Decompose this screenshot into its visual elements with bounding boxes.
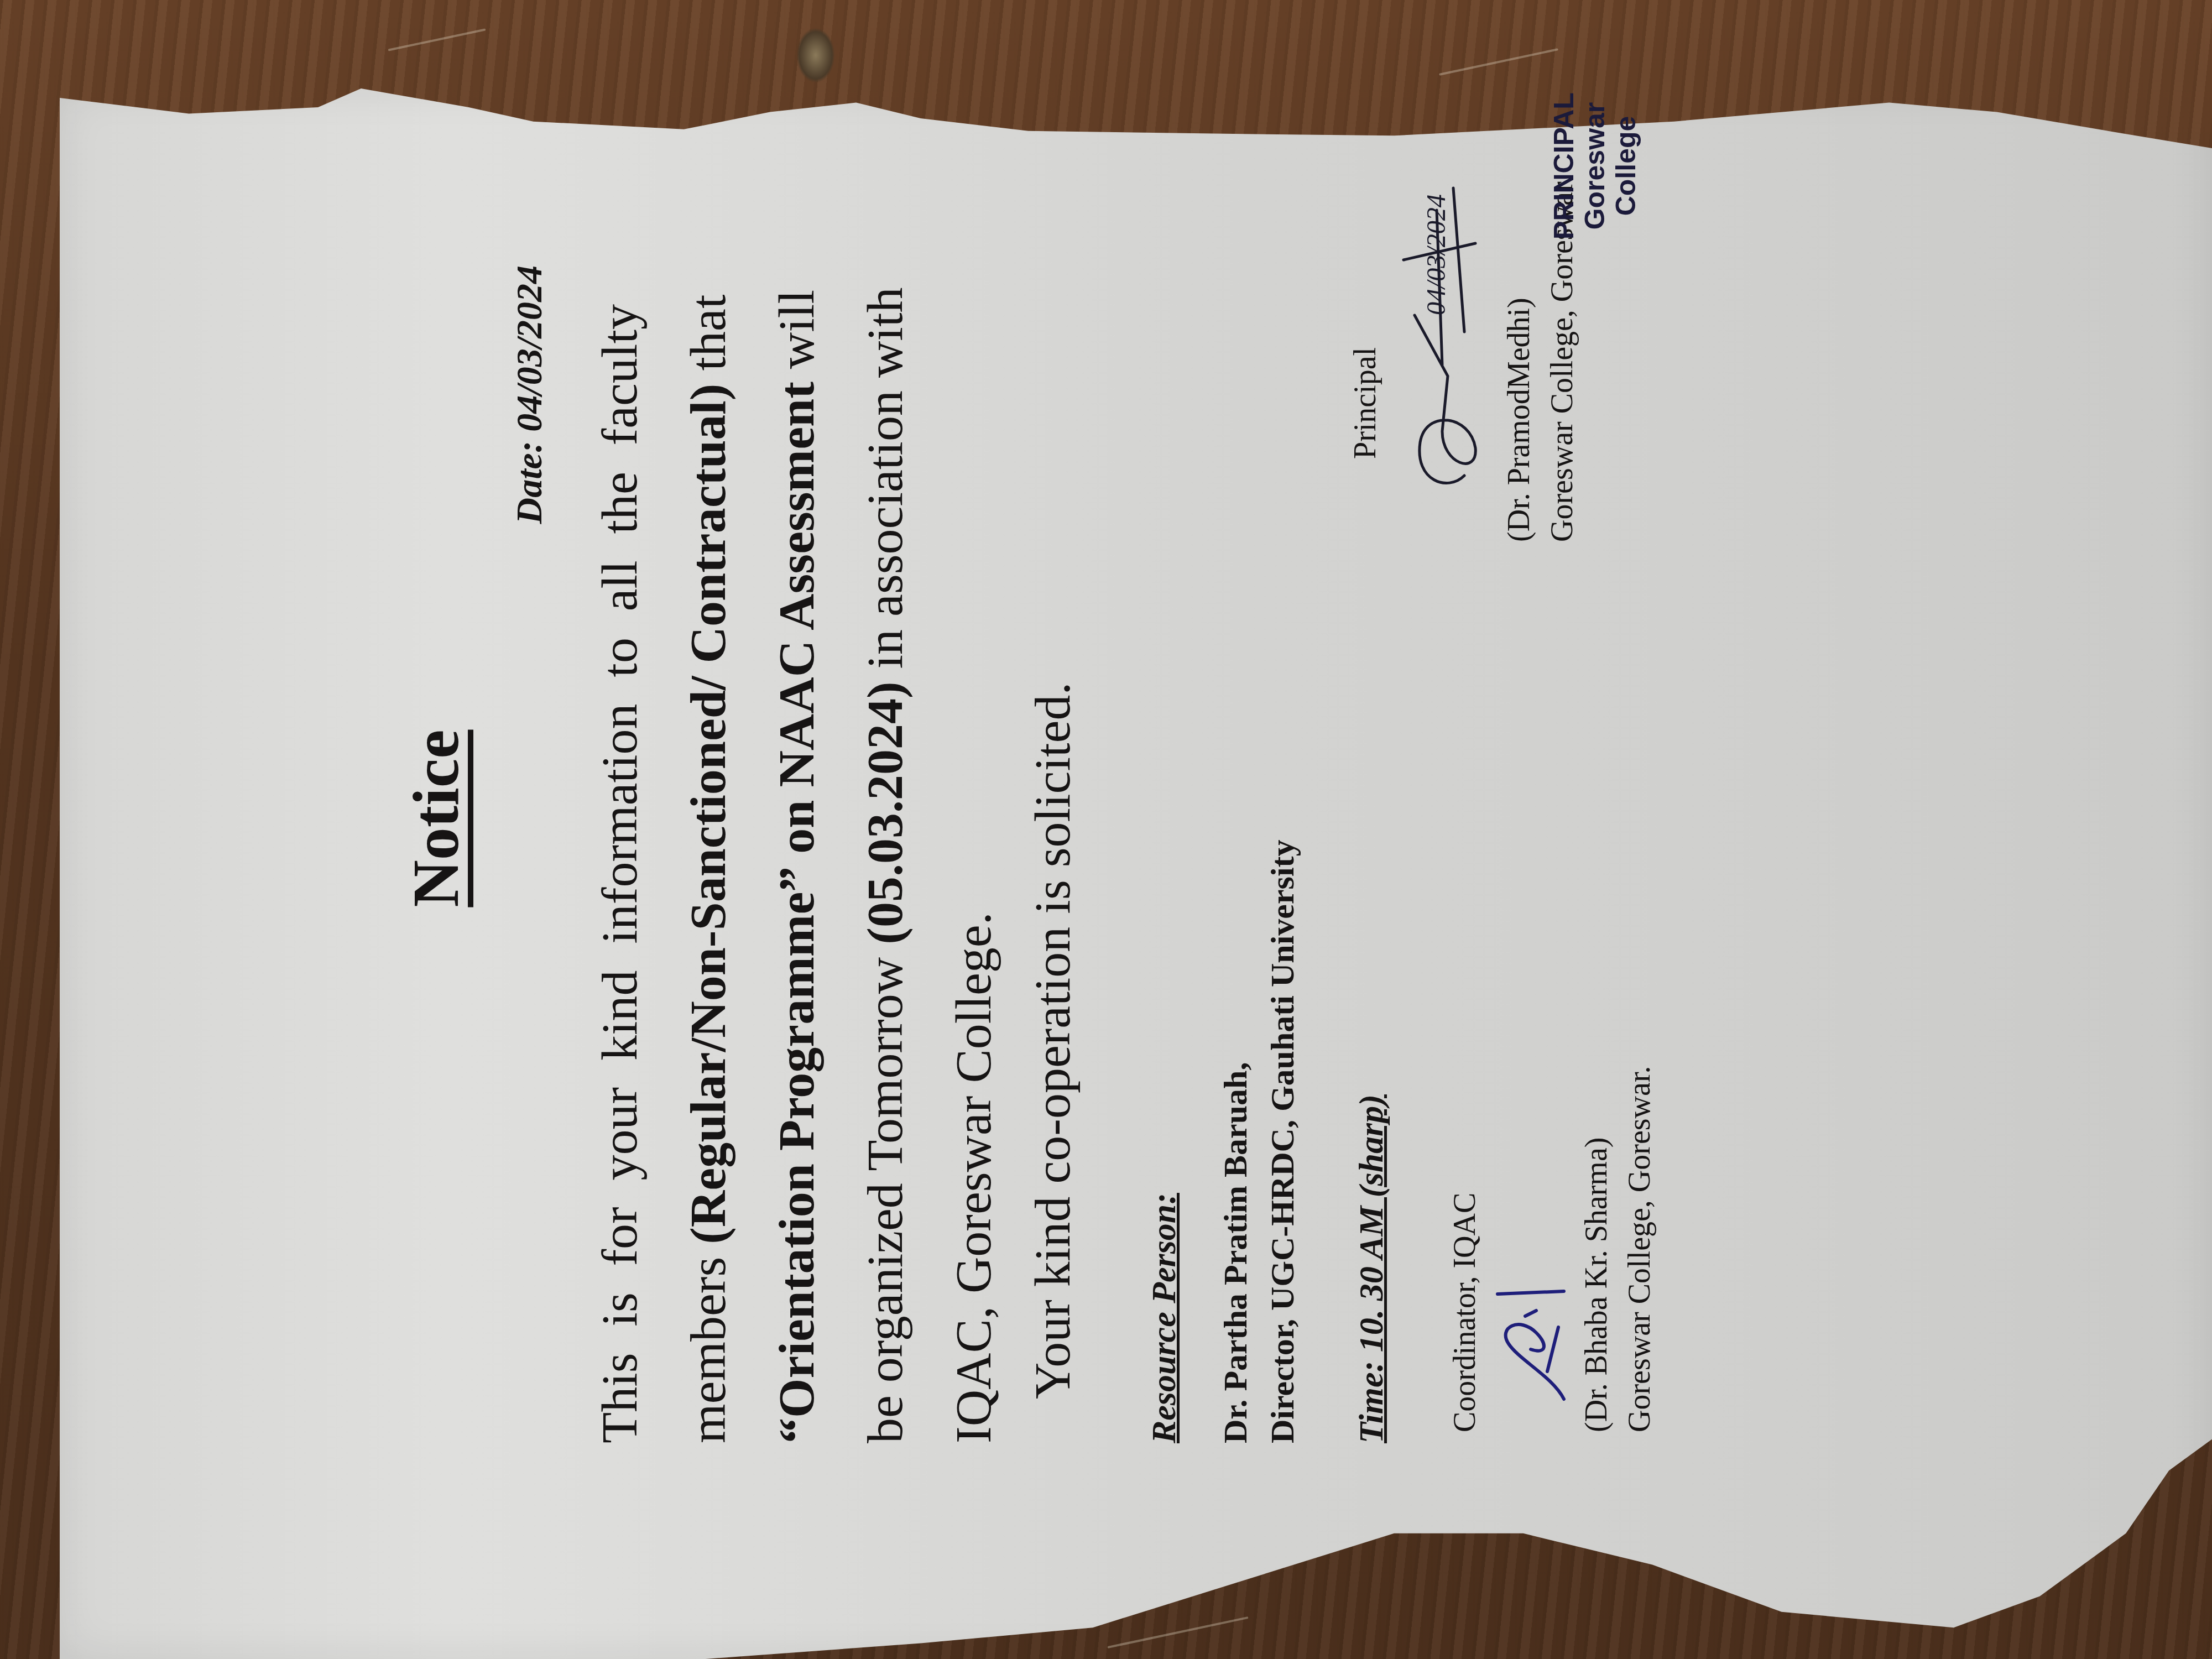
body-line: IQAC, Goreswar College. xyxy=(929,304,1018,1443)
principal-stamp: PRINCIPAL Goreswar College xyxy=(1548,55,1641,276)
body-line: This is for your kind information to all… xyxy=(575,304,664,1443)
coordinator-signature-block: Coordinator, IQAC (Dr. Bhaba Kr. Sharma)… xyxy=(1443,1066,1661,1432)
programme-time: Time: 10. 30 AM (sharp) xyxy=(1352,1094,1391,1443)
principal-signature: 04/03/2024 xyxy=(1387,181,1498,542)
bold-phrase: (05.03.2024) xyxy=(857,681,913,944)
resource-person-name: Dr. Partha Pratim Baruah, xyxy=(1217,1062,1255,1443)
table-scratch xyxy=(388,28,486,51)
coordinator-signature xyxy=(1486,1066,1575,1432)
resource-person-label: Resource Person: xyxy=(1145,1193,1184,1443)
cooperation-line: Your kind co-operation is solicited. xyxy=(1023,682,1082,1443)
notice-title: Notice xyxy=(404,55,469,1582)
coordinator-name: (Dr. Bhaba Kr. Sharma) xyxy=(1575,1066,1618,1432)
body-line: be organized Tomorrow (05.03.2024) in as… xyxy=(841,304,929,1443)
signature-date: 04/03/2024 xyxy=(1422,194,1451,315)
notice-body: This is for your kind information to all… xyxy=(575,304,1018,1443)
handwritten-signature-icon xyxy=(1486,1244,1580,1410)
body-line: “Orientation Programme” on NAAC Assessme… xyxy=(752,304,841,1443)
body-line: members (Regular/Non-Sanctioned/ Contrac… xyxy=(664,304,752,1443)
principal-name: (Dr. PramodMedhi) xyxy=(1498,181,1541,542)
notice-document: Notice Date: 04/03/2024 This is for your… xyxy=(404,55,2007,1582)
table-scratch xyxy=(1107,1616,1248,1648)
resource-person-designation: Director, UGC-HRDC, Gauhati University xyxy=(1264,839,1302,1443)
bold-phrase: (Regular/Non-Sanctioned/ Contractual) xyxy=(680,383,736,1244)
principal-role: Principal xyxy=(1344,181,1387,542)
principal-signature-block: Principal 04/03/2024 (Dr. PramodMedhi) G… xyxy=(1344,181,1584,542)
bold-phrase: “Orientation Programme” on NAAC Assessme… xyxy=(768,382,825,1443)
coordinator-role: Coordinator, IQAC xyxy=(1443,1066,1486,1432)
notice-date: Date: 04/03/2024 xyxy=(509,265,551,524)
coordinator-org: Goreswar College, Goreswar. xyxy=(1618,1066,1661,1432)
handwritten-signature-icon: 04/03/2024 xyxy=(1381,166,1503,498)
stamp-line: Goreswar College xyxy=(1579,55,1641,276)
stamp-line: PRINCIPAL xyxy=(1548,55,1579,276)
